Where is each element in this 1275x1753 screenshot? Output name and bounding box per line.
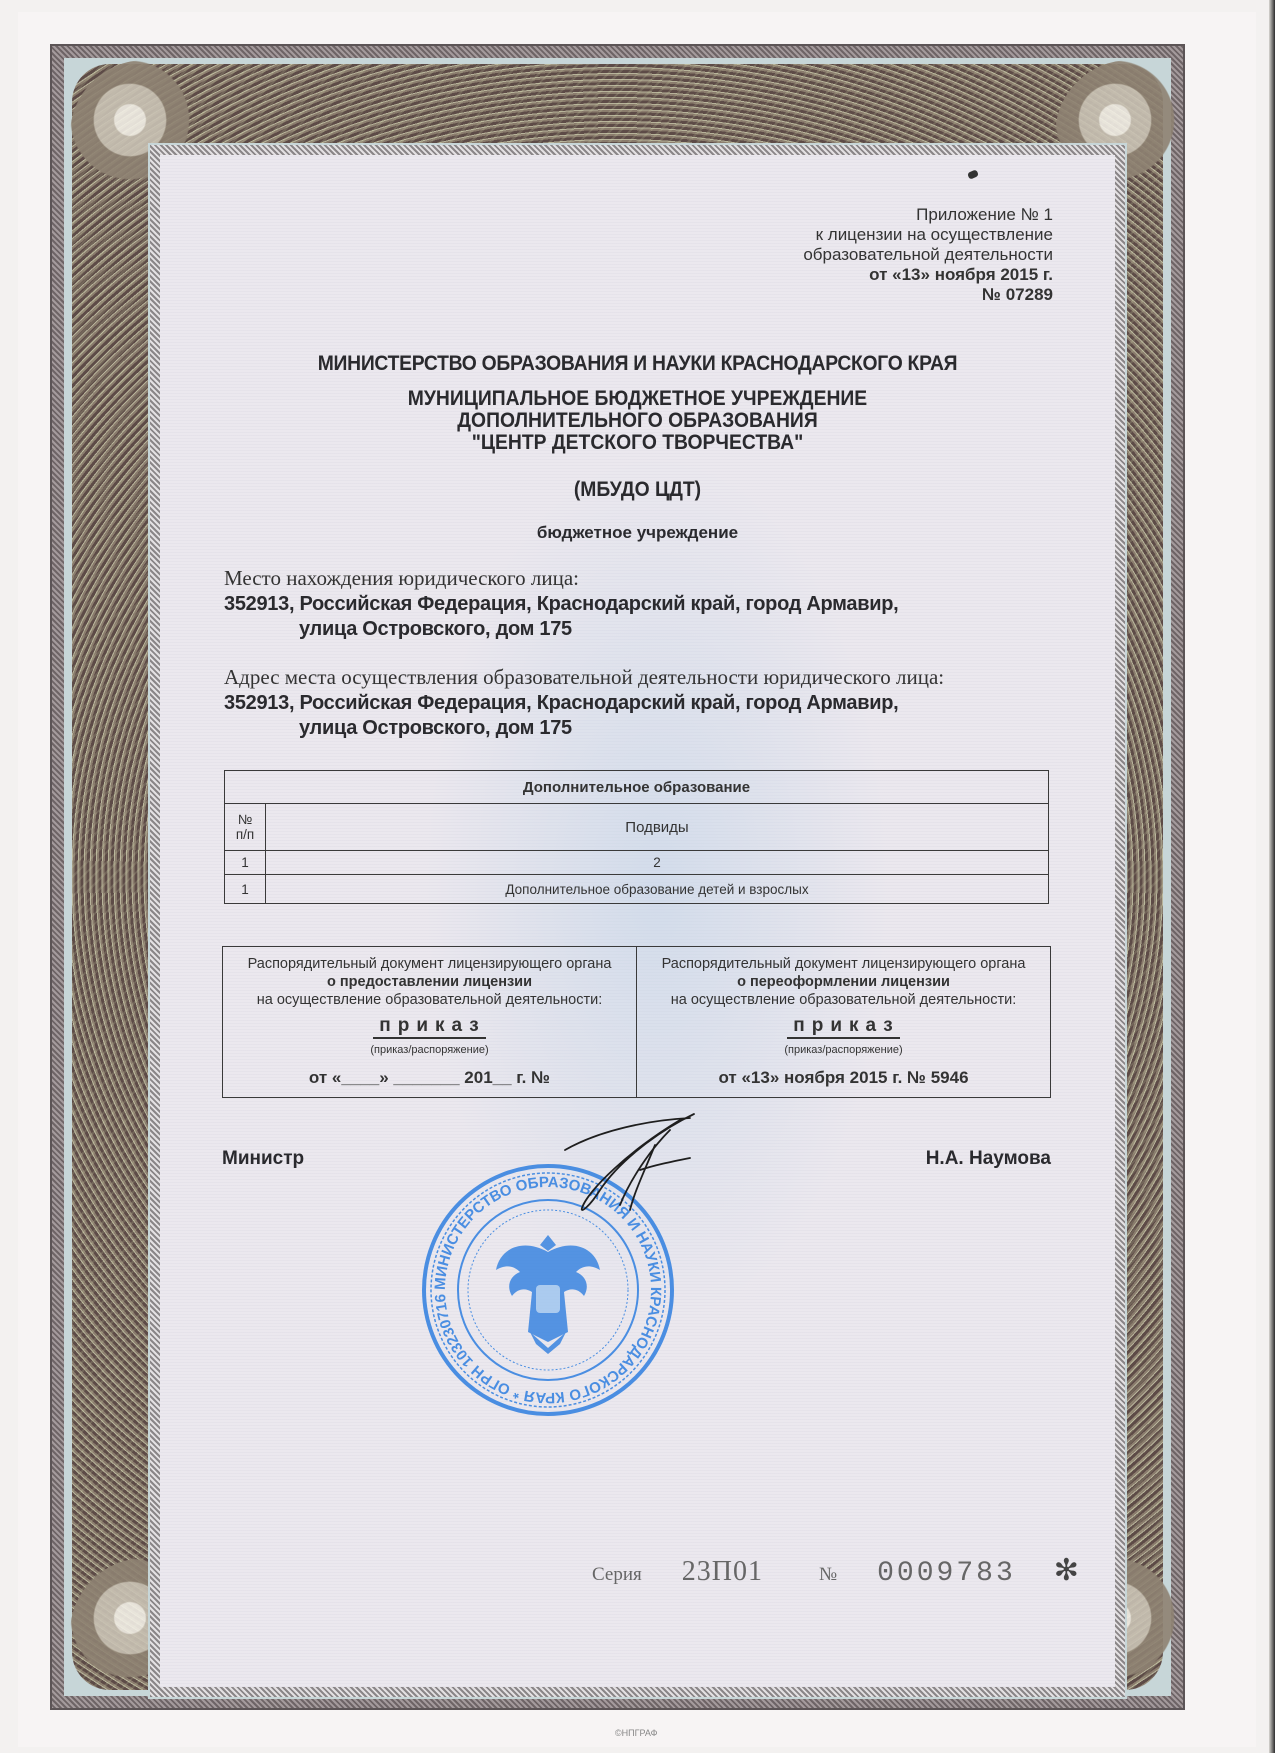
activity-address-label: Адрес места осуществления образовательно… [224, 665, 944, 690]
scan-edge [1269, 0, 1275, 1753]
column-header-subtypes: Подвиды [266, 804, 1049, 851]
table-cell: 1 [225, 851, 266, 875]
order-grant: Распорядительный документ лицензирующего… [223, 947, 636, 1097]
signatory-name: Н.А. Наумова [926, 1148, 1051, 1170]
education-table: Дополнительное образование № п/п Подвиды… [224, 770, 1049, 904]
orders-block: Распорядительный документ лицензирующего… [222, 946, 1051, 1098]
table-cell: 2 [266, 851, 1049, 875]
order-text: на осуществление образовательной деятель… [637, 991, 1050, 1009]
series-label: Серия [592, 1564, 642, 1585]
annex-header: Приложение № 1 к лицензии на осуществлен… [803, 205, 1053, 305]
order-doc-type-note: (приказ/распоряжение) [223, 1041, 636, 1059]
order-date: от «13» ноября 2015 г. № 5946 [637, 1069, 1050, 1087]
signatory-title: Министр [222, 1148, 304, 1170]
order-doc-type-note: (приказ/распоряжение) [637, 1041, 1050, 1059]
asterisk-mark-icon: ✻ [1054, 1554, 1079, 1587]
content-panel [160, 155, 1115, 1687]
annex-date: от «13» ноября 2015 г. [803, 265, 1053, 285]
order-text: на осуществление образовательной деятель… [223, 991, 636, 1009]
ministry-title: МИНИСТЕРСТВО ОБРАЗОВАНИЯ И НАУКИ КРАСНОД… [51, 352, 1224, 376]
order-reissue: Распорядительный документ лицензирующего… [636, 947, 1050, 1097]
annex-line: образовательной деятельности [803, 245, 1053, 265]
activity-address-line: 352913, Российская Федерация, Краснодарс… [224, 692, 944, 715]
series-value: 23П01 [682, 1556, 763, 1587]
handwritten-signature-icon [560, 1110, 700, 1220]
order-doc-type: приказ [787, 1015, 900, 1039]
column-header-number-line: № [225, 812, 265, 827]
number-label: № [819, 1564, 837, 1585]
order-text: Распорядительный документ лицензирующего… [637, 955, 1050, 973]
table-cell: Дополнительное образование детей и взрос… [266, 875, 1049, 904]
table-row: 1 Дополнительное образование детей и взр… [225, 875, 1049, 904]
table-cell: 1 [225, 875, 266, 904]
annex-number: № 07289 [803, 285, 1053, 305]
organization-abbreviation: (МБУДО ЦДТ) [51, 478, 1224, 502]
org-line: ДОПОЛНИТЕЛЬНОГО ОБРАЗОВАНИЯ [51, 410, 1224, 432]
coat-of-arms-icon [496, 1235, 600, 1354]
table-row: 1 2 [225, 851, 1049, 875]
blank-number: 0009783 [877, 1558, 1016, 1589]
legal-address-label: Место нахождения юридического лица: [224, 566, 898, 591]
org-line: МУНИЦИПАЛЬНОЕ БЮДЖЕТНОЕ УЧРЕЖДЕНИЕ [51, 388, 1224, 410]
institution-type: бюджетное учреждение [0, 523, 1275, 543]
order-purpose: о предоставлении лицензии [223, 973, 636, 991]
activity-address-line: улица Островского, дом 175 [224, 717, 944, 740]
table-title: Дополнительное образование [225, 771, 1049, 804]
blank-series: Серия 23П01 № 0009783 ✻ [592, 1553, 1079, 1589]
printer-mark: ©НПГРАФ [615, 1728, 657, 1738]
order-doc-type: приказ [373, 1015, 486, 1039]
legal-address: Место нахождения юридического лица: 3529… [224, 566, 898, 641]
annex-line: к лицензии на осуществление [803, 225, 1053, 245]
activity-address: Адрес места осуществления образовательно… [224, 665, 944, 740]
legal-address-line: 352913, Российская Федерация, Краснодарс… [224, 593, 898, 616]
order-purpose: о переоформлении лицензии [637, 973, 1050, 991]
org-line: "ЦЕНТР ДЕТСКОГО ТВОРЧЕСТВА" [51, 432, 1224, 454]
order-date: от «____» _______ 201__ г. № [223, 1069, 636, 1087]
column-header-number-line: п/п [225, 827, 265, 842]
organization-name: МУНИЦИПАЛЬНОЕ БЮДЖЕТНОЕ УЧРЕЖДЕНИЕ ДОПОЛ… [51, 388, 1224, 454]
order-text: Распорядительный документ лицензирующего… [223, 955, 636, 973]
legal-address-line: улица Островского, дом 175 [224, 618, 898, 641]
annex-title: Приложение № 1 [803, 205, 1053, 225]
column-header-number: № п/п [225, 804, 266, 851]
